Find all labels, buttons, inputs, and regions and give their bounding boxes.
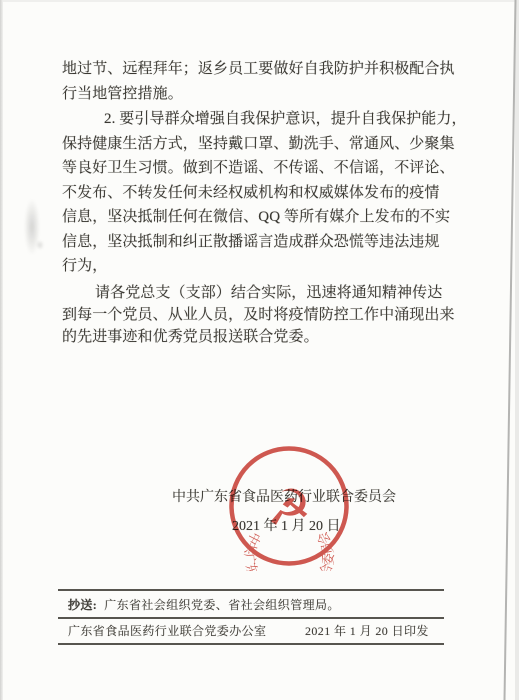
body-line: 行当地管控措施。 [62, 82, 455, 107]
cc-label: 抄送: [68, 598, 97, 612]
footer-rule-bottom [58, 643, 444, 645]
cc-line: 抄送:广东省社会组织党委、省社会组织管理局。 [68, 596, 340, 613]
body-paragraph-3: 请各党总支（支部）结合实际，迅速将通知精神传达 到每一个党员、从业人员，及时将疫… [62, 282, 455, 348]
body-line: 请各党总支（支部）结合实际，迅速将通知精神传达 [62, 282, 455, 304]
body-line: 2. 要引导群众增强自我保护意识，提升自我保护能力， [62, 107, 467, 132]
scanned-document-page: 地过节、远程拜年；返乡员工要做好自我防护并积极配合执 行当地管控措施。 2. 要… [0, 0, 519, 700]
body-line: 的先进事迹和优秀党员报送联合党委。 [62, 326, 455, 348]
print-date: 2021 年 1 月 20 日印发 [305, 622, 429, 639]
body-paragraph-1: 地过节、远程拜年；返乡员工要做好自我防护并积极配合执 行当地管控措施。 [62, 57, 455, 107]
page-edge-left [0, 0, 3, 700]
body-line: 信息，坚决抵制任何在微信、QQ 等所有媒介上发布的不实 [62, 205, 467, 230]
body-line: 到每一个党员、从业人员，及时将疫情防控工作中涌现出来 [62, 304, 455, 326]
body-line: 等良好卫生习惯。做到不造谣、不传谣、不信谣，不评论、 [62, 156, 467, 181]
footer-rule-top [58, 589, 444, 591]
body-line: 信息，坚决抵制和纠正散播谣言造成群众恐慌等违法违规 [62, 230, 467, 255]
body-line: 保持健康生活方式，坚持戴口罩、勤洗手、常通风、少聚集 [62, 132, 467, 157]
page-edge-top [0, 0, 519, 2]
official-seal: 中共广东省食品医药行业联合委员会 ☭ [224, 441, 354, 571]
body-line: 行为， [62, 254, 467, 279]
body-line: 地过节、远程拜年；返乡员工要做好自我防护并积极配合执 [62, 57, 455, 82]
footer-rule-middle [58, 617, 444, 619]
seal-graphic: 中共广东省食品医药行业联合委员会 ☭ [224, 441, 354, 571]
body-paragraph-2: 2. 要引导群众增强自我保护意识，提升自我保护能力， 保持健康生活方式，坚持戴口… [62, 107, 467, 279]
page-edge-right-shadow [515, 0, 519, 700]
body-line: 不发布、不转发任何未经权威机构和权威媒体发布的疫情 [62, 181, 467, 206]
scan-smudge-small [36, 240, 44, 250]
issuer-name: 广东省食品医药行业联合党委办公室 [68, 622, 266, 639]
hammer-sickle-icon: ☭ [267, 479, 312, 537]
cc-list: 广东省社会组织党委、省社会组织管理局。 [104, 598, 340, 612]
